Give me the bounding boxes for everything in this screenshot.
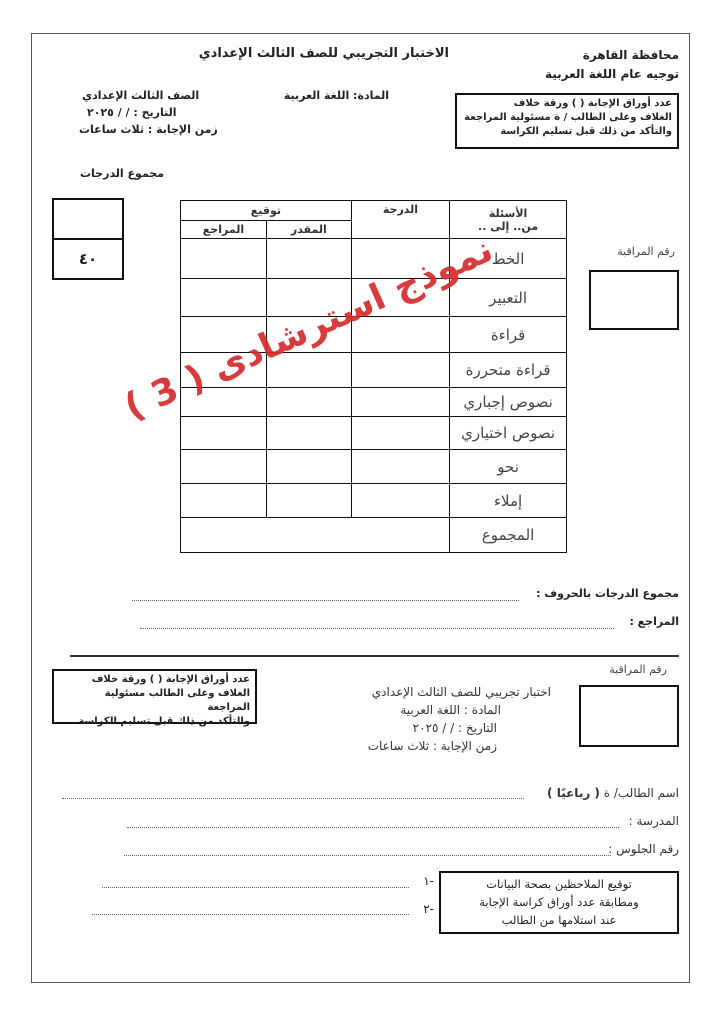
detachable-proctor-box[interactable] — [579, 685, 679, 747]
header-questions: الأسئلة من.. إلى .. — [450, 201, 567, 239]
total-score-label: مجموع الدرجات — [80, 167, 164, 180]
question-label: نحو — [450, 450, 567, 484]
student-name-hint: ( رباعيًا ) — [547, 786, 600, 800]
estimator-cell[interactable] — [266, 417, 351, 450]
proctor-number-label: رقم المراقبة — [617, 245, 675, 258]
governorate-label: محافظة القاهرة — [583, 48, 679, 62]
table-row: نصوص اختياري — [181, 417, 567, 450]
seat-number-field[interactable] — [124, 855, 611, 856]
notice-line: عدد أوراق الإجابة ( ) ورقة خلاف — [462, 97, 672, 111]
question-label: التعبير — [450, 279, 567, 317]
signature-2-field[interactable] — [92, 914, 409, 915]
signature-1-field[interactable] — [102, 887, 409, 888]
reviewer-label: المراجع : — [629, 615, 679, 628]
student-name-label: اسم الطالب/ ة ( رباعيًا ) — [547, 786, 679, 800]
grade-label: الصف الثالث الإعدادي — [82, 89, 199, 102]
max-score-box: ٤٠ — [52, 238, 124, 280]
seat-number-label: رقم الجلوس : — [608, 842, 679, 856]
question-label: إملاء — [450, 484, 567, 518]
notice-line: الغلاف وعلى الطالب مسئولية المراجعة — [59, 687, 250, 715]
reviewer-cell[interactable] — [181, 450, 267, 484]
table-row: نحو — [181, 450, 567, 484]
cut-line-divider — [70, 655, 679, 657]
student-name-field[interactable] — [62, 798, 524, 799]
header-estimator: المقدر — [266, 221, 351, 239]
reviewer-cell[interactable] — [181, 417, 267, 450]
estimator-cell[interactable] — [266, 388, 351, 417]
date-label: التاريخ : / / ٢٠٢٥ — [87, 106, 177, 119]
estimator-cell[interactable] — [266, 484, 351, 518]
question-label: قراءة — [450, 317, 567, 353]
range-header-label: من.. إلى .. — [450, 220, 566, 233]
header-reviewer: المراجع — [181, 221, 267, 239]
table-row: إملاء — [181, 484, 567, 518]
notice-line: والتأكد من ذلك قبل تسليم الكراسة — [462, 125, 672, 139]
notice-line: عدد أوراق الإجابة ( ) ورقة خلاف — [59, 673, 250, 687]
table-row: الخط — [181, 239, 567, 279]
subject-label: المادة: اللغة العربية — [284, 89, 389, 102]
table-row-total: المجموع — [181, 518, 567, 553]
max-score-value: ٤٠ — [79, 250, 97, 268]
grade-cell[interactable] — [351, 353, 449, 388]
observers-signature-box: توقيع الملاحظين بصحة البيانات ومطابقة عد… — [439, 871, 679, 934]
student-name-text: اسم الطالب/ ة — [604, 786, 679, 800]
total-label: المجموع — [450, 518, 567, 553]
signature-1-label: -١ — [423, 874, 434, 888]
reviewer-cell[interactable] — [181, 239, 267, 279]
total-in-words-field[interactable] — [132, 600, 519, 601]
question-label: نصوص إجباري — [450, 388, 567, 417]
directorate-label: توجيه عام اللغة العربية — [545, 67, 679, 81]
detachable-answer-sheets-notice: عدد أوراق الإجابة ( ) ورقة خلاف الغلاف و… — [52, 669, 257, 724]
grade-cell[interactable] — [351, 484, 449, 518]
header-grade: الدرجة — [351, 201, 449, 239]
question-label: قراءة متحررة — [450, 353, 567, 388]
reviewer-field[interactable] — [140, 628, 614, 629]
estimator-cell[interactable] — [266, 450, 351, 484]
detachable-exam-title: اختبار تجريبي للصف الثالث الإعدادي — [372, 685, 551, 699]
table-row: نصوص إجباري — [181, 388, 567, 417]
detachable-subject: المادة : اللغة العربية — [400, 703, 501, 717]
grade-cell[interactable] — [351, 388, 449, 417]
question-label: نصوص اختياري — [450, 417, 567, 450]
total-cell[interactable] — [181, 518, 450, 553]
detachable-duration: زمن الإجابة : ثلاث ساعات — [368, 739, 497, 753]
duration-label: زمن الإجابة : ثلاث ساعات — [79, 123, 218, 136]
reviewer-cell[interactable] — [181, 279, 267, 317]
detachable-proctor-label: رقم المراقبة — [609, 663, 667, 676]
total-in-words-label: مجموع الدرجات بالحروف : — [536, 587, 679, 600]
observers-line: ومطابقة عدد أوراق كراسة الإجابة — [446, 893, 672, 911]
notice-line: الغلاف وعلى الطالب / ة مسئولية المراجعة — [462, 111, 672, 125]
exam-cover-page: محافظة القاهرة توجيه عام اللغة العربية ا… — [31, 33, 690, 983]
reviewer-cell[interactable] — [181, 484, 267, 518]
estimator-cell[interactable] — [266, 239, 351, 279]
obtained-score-box[interactable] — [52, 198, 124, 240]
exam-title: الاختبار التجريبي للصف الثالث الإعدادي — [199, 46, 449, 61]
questions-header-label: الأسئلة — [450, 207, 566, 220]
proctor-number-box[interactable] — [589, 270, 679, 330]
school-field[interactable] — [127, 827, 619, 828]
grade-cell[interactable] — [351, 450, 449, 484]
observers-line: توقيع الملاحظين بصحة البيانات — [446, 875, 672, 893]
detachable-date: التاريخ : / / ٢٠٢٥ — [413, 721, 497, 735]
grade-cell[interactable] — [351, 417, 449, 450]
signature-2-label: -٢ — [423, 902, 434, 916]
school-label: المدرسة : — [629, 814, 679, 828]
answer-sheets-notice: عدد أوراق الإجابة ( ) ورقة خلاف الغلاف و… — [455, 93, 679, 149]
notice-line: والتأكد من ذلك قبل تسليم الكراسة — [59, 715, 250, 729]
observers-line: عند استلامها من الطالب — [446, 911, 672, 929]
header-signature: توقيع — [181, 201, 352, 221]
